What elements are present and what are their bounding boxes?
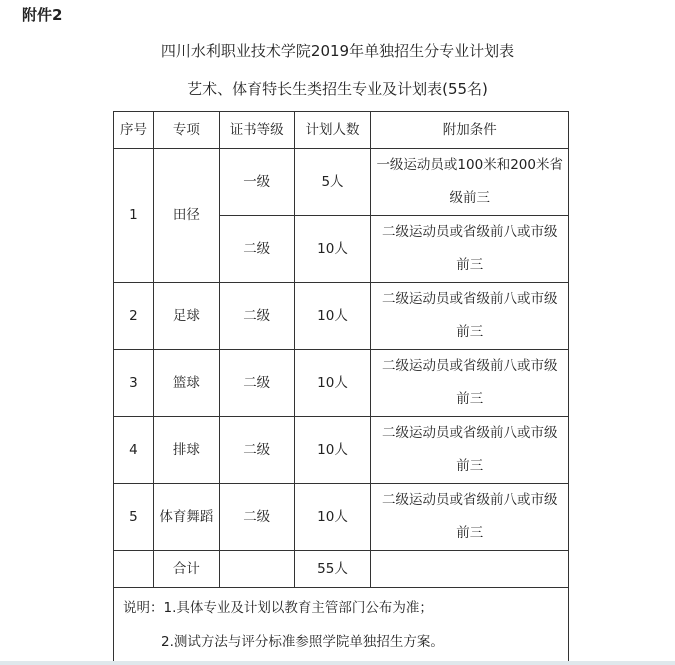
cell-condition: 二级运动员或省级前八或市级前三	[371, 417, 569, 484]
cell-level: 一级	[219, 149, 294, 216]
table-header-row: 序号 专项 证书等级 计划人数 附加条件	[114, 112, 569, 149]
table-row: 5 体育舞蹈 二级 10人 二级运动员或省级前八或市级前三	[114, 484, 569, 551]
attachment-label: 附件2	[22, 4, 62, 25]
cell-item: 足球	[153, 283, 219, 350]
cell-empty	[219, 551, 294, 588]
cell-item: 排球	[153, 417, 219, 484]
cell-item: 篮球	[153, 350, 219, 417]
cell-level: 二级	[219, 350, 294, 417]
note-cell: 说明：1.具体专业及计划以教育主管部门公布为准；2.测试方法与评分标准参照学院单…	[114, 588, 569, 663]
cell-condition: 二级运动员或省级前八或市级前三	[371, 283, 569, 350]
table-row: 1 田径 一级 5人 一级运动员或100米和200米省级前三	[114, 149, 569, 216]
condition-line: 级前三	[449, 190, 490, 206]
condition-line: 前三	[456, 257, 483, 273]
cell-no: 4	[114, 417, 154, 484]
cell-count: 10人	[294, 417, 371, 484]
cell-level: 二级	[219, 417, 294, 484]
condition-line: 二级运动员或省级前八或市级	[382, 224, 558, 240]
note-line-2: 2.测试方法与评分标准参照学院单独招生方案。	[123, 625, 568, 659]
header-no: 序号	[114, 112, 154, 149]
note-line-1: 说明：1.具体专业及计划以教育主管部门公布为准；	[123, 600, 433, 616]
condition-line: 二级运动员或省级前八或市级	[382, 358, 558, 374]
cell-level: 二级	[219, 484, 294, 551]
condition-line: 前三	[456, 525, 483, 541]
header-count: 计划人数	[294, 112, 371, 149]
cell-no: 1	[114, 149, 154, 283]
cell-no: 2	[114, 283, 154, 350]
cell-count: 10人	[294, 350, 371, 417]
header-item: 专项	[153, 112, 219, 149]
note-row: 说明：1.具体专业及计划以教育主管部门公布为准；2.测试方法与评分标准参照学院单…	[114, 588, 569, 663]
cell-item: 体育舞蹈	[153, 484, 219, 551]
cell-condition: 二级运动员或省级前八或市级前三	[371, 350, 569, 417]
table-row: 2 足球 二级 10人 二级运动员或省级前八或市级前三	[114, 283, 569, 350]
table-row: 3 篮球 二级 10人 二级运动员或省级前八或市级前三	[114, 350, 569, 417]
header-condition: 附加条件	[371, 112, 569, 149]
total-count: 55人	[294, 551, 371, 588]
condition-line: 一级运动员或100米和200米省	[376, 157, 563, 173]
total-label: 合计	[153, 551, 219, 588]
condition-line: 前三	[456, 458, 483, 474]
condition-line: 二级运动员或省级前八或市级	[382, 492, 558, 508]
bottom-edge	[0, 661, 675, 665]
cell-count: 10人	[294, 283, 371, 350]
condition-line: 前三	[456, 391, 483, 407]
cell-level: 二级	[219, 216, 294, 283]
condition-line: 二级运动员或省级前八或市级	[382, 425, 558, 441]
cell-condition: 一级运动员或100米和200米省级前三	[371, 149, 569, 216]
cell-item: 田径	[153, 149, 219, 283]
cell-condition: 二级运动员或省级前八或市级前三	[371, 216, 569, 283]
condition-line: 二级运动员或省级前八或市级	[382, 291, 558, 307]
cell-empty	[371, 551, 569, 588]
condition-line: 前三	[456, 324, 483, 340]
enrollment-plan-table: 序号 专项 证书等级 计划人数 附加条件 1 田径 一级 5人 一级运动员或10…	[113, 111, 569, 663]
total-row: 合计 55人	[114, 551, 569, 588]
cell-level: 二级	[219, 283, 294, 350]
cell-count: 5人	[294, 149, 371, 216]
table-row: 4 排球 二级 10人 二级运动员或省级前八或市级前三	[114, 417, 569, 484]
cell-no: 5	[114, 484, 154, 551]
document-subtitle: 艺术、体育特长生类招生专业及计划表(55名)	[0, 78, 675, 99]
cell-condition: 二级运动员或省级前八或市级前三	[371, 484, 569, 551]
document-title: 四川水利职业技术学院2019年单独招生分专业计划表	[0, 40, 675, 61]
header-level: 证书等级	[219, 112, 294, 149]
cell-no: 3	[114, 350, 154, 417]
cell-count: 10人	[294, 216, 371, 283]
cell-empty	[114, 551, 154, 588]
cell-count: 10人	[294, 484, 371, 551]
